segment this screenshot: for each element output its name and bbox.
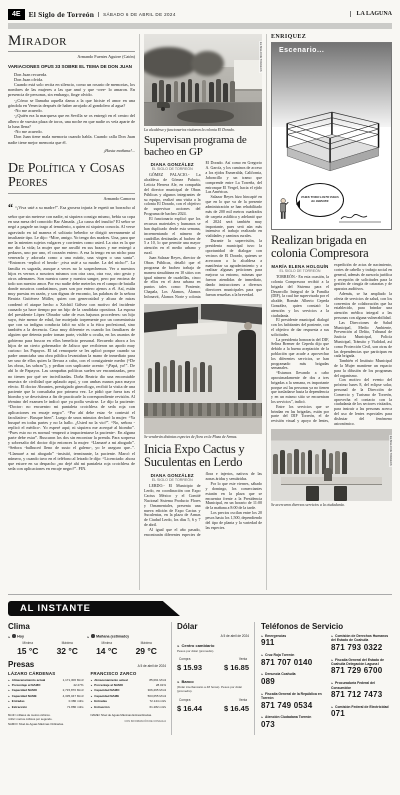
compra-venta-labels: Compra Venta [177,657,249,661]
column-local-news: EL SIGLO DE TORREÓN La alcaldesa y funci… [139,34,266,590]
stat-label: Extracción [8,705,27,710]
mirador-signoff: ¡Hasta mañana!... [8,148,135,153]
sun-cloud-icon [91,634,95,638]
dams-row: LÁZARO CÁRDENAS Almacenamiento actual1,1… [8,671,166,726]
phone-label: Procuraduría Federal del Consumidor [331,681,392,690]
weather-day-labels: Hoy Mañana (estimado) [8,634,166,639]
phone-number: 071 [331,710,392,719]
page-number-badge: 4E [8,9,25,20]
paragraph: “Estamos llevando a cabo aproximadamente… [271,371,329,405]
reporter-credit: EL SIGLO DE TORREÓN [144,167,201,171]
presas-source: CON INFORMACIÓN DE CONAGUA [91,720,167,723]
brigada-headline: Realizan brigada en colonia Compresora [271,234,392,260]
phone-label: Comisión de Derechos Humanos del Estado … [331,634,392,643]
bacheo-body: DIANA GONZÁLEZ EL SIGLO DE TORREÓN GÓMEZ… [144,161,262,300]
tomorrow-max-value: 29 °C [127,646,167,656]
al-instante-title: AL INSTANTE [20,603,91,614]
photo-credit: EL SIGLO DE TORREÓN [259,41,262,73]
cartoon-man-figure [278,197,290,221]
dolar-banco: Banco (Dólar interbancario a 48 horas). … [177,679,249,712]
bacheo-headline: Supervisan programa de bacheo en GP [144,135,262,158]
paragraph: Cuando está solo recita en silencio, com… [8,82,135,98]
today-label: Hoy [17,635,24,639]
sun-icon [12,634,16,638]
stat-value: 61.282 m3/s [149,705,166,710]
paragraph: Durante la supervisión, la presidenta mu… [206,239,263,298]
photo-credit: EL SIGLO DE TORREÓN [389,435,392,467]
al-instante-section: AL INSTANTE Clima Hoy Mañana (estimado) … [8,594,392,735]
exchange-values: $ 15.93 $ 16.85 [177,663,249,672]
politica-title: De Política y Cosas Peores [8,162,135,191]
presas-date: A 5 de abril de 2024 [138,664,166,668]
expo-cactus-photo [144,304,262,434]
footnote: NAME= Nivel de Aguas Máximas Extraordina… [91,713,167,717]
page-header: 4E El Siglo de Torreón SÁBADO 6 DE ABRIL… [8,8,392,20]
phone-entry: Procuraduría Federal del Consumidor 871 … [331,681,392,700]
vendor-figure [238,330,256,400]
max-label: Máxima [48,641,88,645]
column-right: ENRÍQUEZ Escenario... [266,34,392,590]
presas-footnotes: Mm3= millares de metros cúbicos. m3/s= m… [8,713,84,725]
presas-title: Presas [8,660,34,669]
table-shape [144,416,262,434]
tomorrow-min-value: 14 °C [87,646,127,656]
temp-cell: Máxima 29 °C [127,641,167,656]
phone-entry: Fiscalía General de la República en Torr… [261,692,322,711]
tomorrow-label: Mañana (estimado) [96,635,129,639]
cactus-body: DIANA GONZÁLEZ EL SIGLO DE TORREÓN LERDO… [144,472,262,538]
brigada-photo: EL SIGLO DE TORREÓN [271,429,392,501]
exchange-note: Pesos por dólar (promedio). [177,650,249,654]
wheelbarrow-shape [157,102,170,108]
child-figure [324,468,332,481]
paragraph: La presidenta honoraria del DIF, Selina … [271,338,329,372]
al-instante-banner: AL INSTANTE [8,601,180,616]
min-label: Mínima [87,641,127,645]
stat-label: Extracción [91,705,110,710]
paragraph: LERDO.- El Municipio de Lerdo, en coordi… [144,484,201,528]
cartoonist-signature [337,212,383,224]
presas-footnotes: NAME= Nivel de Aguas Máximas Extraordina… [91,713,167,717]
compra-label: Compra [179,657,190,661]
min-label: Mínima [8,641,48,645]
phone-entry: Atención Ciudadana Torreón 073 [261,715,322,729]
politica-text: “¡Viva usté a su madre!”. Esa grosera in… [8,205,135,471]
dolar-centro-cambiario: Centro cambiario Pesos por dólar (promed… [177,643,249,672]
today-max-value: 32 °C [48,646,88,656]
header-rule [8,23,392,29]
phone-label: Cruz Roja Torreón [261,653,322,657]
dam-lazaro-cardenas: LÁZARO CÁRDENAS Almacenamiento actual1,1… [8,671,84,726]
temp-cell: Máxima 32 °C [48,641,88,656]
mirador-headline: VARIACIONES OPUS 33 SOBRE EL TEMA DE DON… [8,64,135,70]
paragraph: Además, se ha ampliado la oferta de serv… [334,292,392,321]
paragraph: El funcionario explicó que los recursos … [144,217,201,256]
exchange-name: Banco [177,679,249,684]
temperature-row: Mínima 15 °C Máxima 32 °C Mínima 14 °C M… [8,641,166,656]
venta-value: $ 16.45 [224,704,249,713]
crowd-figures [148,348,237,392]
cactus-headline: Inicia Expo Cactus y Suculentas en Lerdo [144,443,262,469]
dolar-title: Dólar [177,622,249,631]
phone-entry: Cruz Roja Torreón 871 707 0140 [261,653,322,667]
paragraph: GÓMEZ PALACIO.- La alcaldesa de Gómez Pa… [144,173,201,217]
newspaper-page: 4E El Siglo de Torreón SÁBADO 6 DE ABRIL… [0,0,400,795]
cartoon-title: Escenario... [279,47,324,54]
exchange-name: Centro cambiario [177,643,249,648]
masthead: El Siglo de Torreón [29,10,95,19]
phone-entry: Comisión de Derechos Humanos del Estado … [331,634,392,653]
chair-shape [334,486,347,501]
compra-venta-labels: Compra Venta [177,698,249,702]
phone-label: Fiscalía General del Estado de Coahuila … [331,658,392,667]
chair-shape [306,486,319,501]
presas-header: Presas A 5 de abril de 2024 [8,660,166,669]
politica-byline: Armando Camorra [8,193,135,204]
paragraph: Con motivo del evento del próximo lunes … [334,378,392,426]
compra-value: $ 15.93 [177,663,202,672]
compra-label: Compra [179,698,190,702]
dam-name: FRANCISCO ZARCO [91,671,167,676]
compra-value: $ 16.44 [177,704,202,713]
paragraph: Don Juan tiene mala memoria cuando habla… [8,134,135,144]
tarp-shape [177,322,227,336]
brigada-photo-caption: Se acercaron diversos servicios a la ciu… [271,503,392,508]
plants-on-table-shape [144,403,262,416]
temp-cell: Mínima 14 °C [87,641,127,656]
clima-title: Clima [8,622,166,631]
edition-date: SÁBADO 6 DE ABRIL DE 2024 [98,12,176,17]
phone-entry: Emergencias 911 [261,634,322,648]
dolar-date: A 5 de abril de 2024 [177,634,249,638]
mirador-title: Mirador [8,34,135,52]
paragraph: Salazar Reyes hizo hincapié en que en lo… [206,195,263,239]
telefonos-title: Teléfonos de Servicio [261,622,392,631]
max-label: Máxima [127,641,167,645]
phone-number: 871 793 0322 [331,644,392,653]
reporter-credit: EL SIGLO DE TORREÓN [144,478,201,482]
stat-value: 71.880 m3/s [67,705,84,710]
main-content: Mirador Armando Fuentes Aguirre (Catón) … [8,34,392,590]
weather-today-label: Hoy [8,634,24,639]
phone-entry: Denuncia Coahuila 089 [261,672,322,686]
al-instante-content: Clima Hoy Mañana (estimado) Mínima 15 °C… [8,622,392,735]
paragraph: Las Direcciones de Salud Municipal, Medi… [334,321,392,359]
clima-presas-column: Clima Hoy Mañana (estimado) Mínima 15 °C… [8,622,166,735]
phone-number: 871 707 0140 [261,659,322,668]
telefonos-column: Teléfonos de Servicio Emergencias 911 Cr… [254,622,392,735]
paragraph: El presidente municipal dialogó con los … [271,318,329,337]
paragraph: También el Instituto Municipal de la Muj… [334,359,392,378]
dam-name: LÁZARO CÁRDENAS [8,671,84,676]
dolar-column: Dólar A 5 de abril de 2024 Centro cambia… [171,622,249,735]
section-name: LA LAGUNA [350,11,392,17]
phone-number: 871 712 7473 [331,691,392,700]
phone-number: 073 [261,721,322,730]
phone-number: 871 729 6700 [331,667,392,676]
venta-value: $ 16.85 [224,663,249,672]
venta-label: Venta [239,698,247,702]
paragraph: -¿Quién era la marquesa que en Sevilla s… [8,113,135,129]
paragraph: Por lo que este viernes, sábado y doming… [206,482,263,511]
paragraph: -¿Cómo se llamaba aquella dama a la que … [8,98,135,108]
phone-entry: Comisión Federal de Electricidad 071 [331,705,392,719]
bacheo-photo-caption: La alcaldesa y funcionarios visitaron la… [144,128,262,133]
bacheo-photo: EL SIGLO DE TORREÓN [144,34,262,126]
lead-quote-mark: “ [8,203,15,214]
footnote: NAMO= Nivel de Aguas Máximas Ordinarias. [8,722,84,726]
politica-body: ““¡Viva usté a su madre!”. Esa grosera i… [8,204,135,471]
editorial-cartoon: Escenario... [271,42,392,230]
phone-number: 089 [261,678,322,687]
phone-entry: Fiscalía General del Estado de Coahuila … [331,658,392,677]
venta-label: Venta [239,657,247,661]
column-opinion: Mirador Armando Fuentes Aguirre (Catón) … [8,34,139,590]
exchange-values: $ 16.44 $ 16.45 [177,704,249,713]
phone-label: Fiscalía General de la República en Torr… [261,692,322,701]
work-crew-figures [152,73,250,102]
today-min-value: 15 °C [8,646,48,656]
wrestling-ring-drawing [276,88,388,185]
dam-francisco-zarco: FRANCISCO ZARCO Almacenamiento actual85,… [91,671,167,726]
telefonos-right: Comisión de Derechos Humanos del Estado … [331,634,392,735]
temp-cell: Mínima 15 °C [8,641,48,656]
telefonos-grid: Emergencias 911 Cruz Roja Torreón 871 70… [261,634,392,735]
phone-number: 871 749 0534 [261,702,322,711]
cactus-photo-caption: Se venderán distintas especies de flora … [144,435,262,440]
cartoonist-name: ENRÍQUEZ [271,34,392,40]
exchange-note: (Dólar interbancario a 48 horas). Pesos … [177,686,249,694]
paragraph: Los precios oscilan entre los 20 pesos h… [206,511,263,531]
dam-stat-row: Extracción61.282 m3/s [91,705,167,710]
mirador-byline: Armando Fuentes Aguirre (Catón) [8,52,135,62]
paragraph: TORREÓN.- En esta ocasión, la colonia Co… [271,275,329,318]
mirador-body: Don Juan recuerda. Don Juan olvida. Cuan… [8,72,135,145]
brigada-body: MARÍA ELENA HOLGUÍN EL SIGLO DE TORREÓN … [271,263,392,426]
phone-number: 911 [261,639,322,648]
dam-stat-row: Extracción71.880 m3/s [8,705,84,710]
reporter-credit: EL SIGLO DE TORREÓN [271,269,329,273]
telefonos-left: Emergencias 911 Cruz Roja Torreón 871 70… [261,634,322,735]
weather-tomorrow-label: Mañana (estimado) [87,634,166,639]
